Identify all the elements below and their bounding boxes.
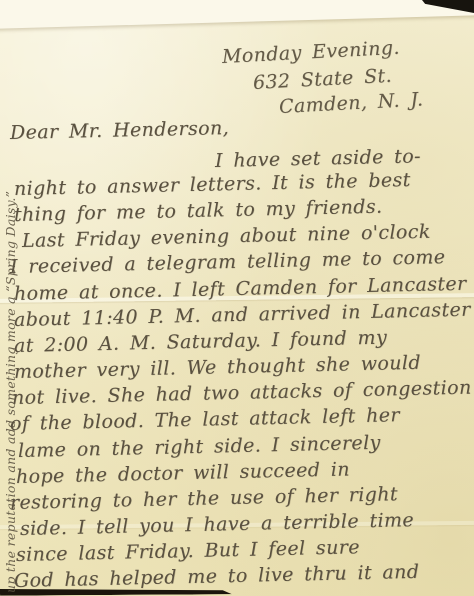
scanned-letter-page: { "letter": { "header": { "date_line": "… <box>0 0 474 596</box>
letter-line: I have set aside to- <box>215 145 421 172</box>
margin-note-vertical: up the reputation and add something more… <box>3 191 18 593</box>
